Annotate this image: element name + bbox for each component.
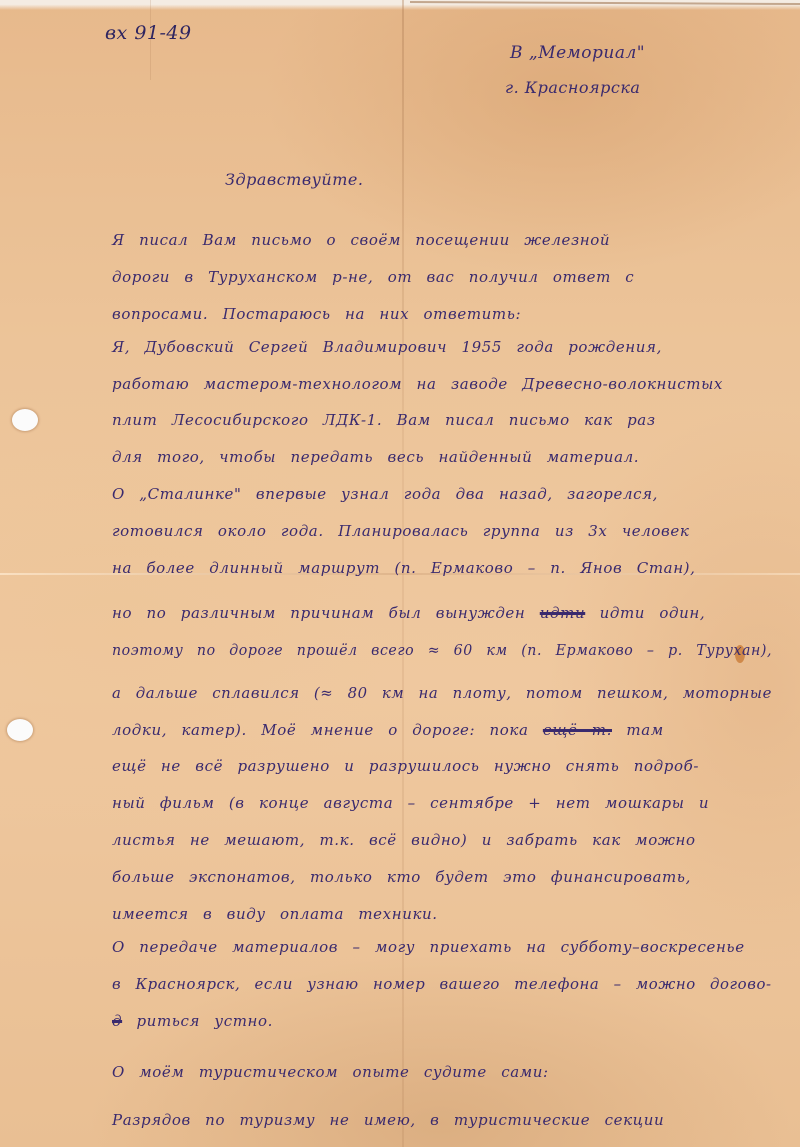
body-line: имеется в виду оплата техники. xyxy=(112,896,772,933)
letter-page: вх 91-49 В „Мемориал" г. Красноярска Здр… xyxy=(0,0,800,1147)
body-line: для того, чтобы передать весь найденный … xyxy=(112,439,772,476)
body-text: но по различным причинам был вынужден xyxy=(112,604,540,622)
punch-hole-bottom xyxy=(7,719,33,741)
body-line: О моём туристическом опыте судите сами: xyxy=(112,1054,772,1091)
body-text: риться устно. xyxy=(122,1012,273,1030)
body-line: но по различным причинам был вынужден ид… xyxy=(112,595,772,632)
body-text: лодки, катер). Моё мнение о дороге: пока xyxy=(112,721,543,739)
body-text: там xyxy=(612,721,664,739)
greeting: Здравствуйте. xyxy=(225,170,363,189)
body-line: плит Лесосибирского ЛДК-1. Вам писал пис… xyxy=(112,402,772,439)
addressee-organization: В „Мемориал" xyxy=(510,43,645,63)
body-text: идти один, xyxy=(585,604,705,622)
struck-through-text: д xyxy=(112,1012,122,1030)
body-line: д риться устно. xyxy=(112,1003,772,1040)
body-line: листья не мешают, т.к. всё видно) и забр… xyxy=(112,822,772,859)
body-line: ный фильм (в конце августа – сентябре + … xyxy=(112,785,772,822)
addressee-city: г. Красноярска xyxy=(505,78,640,97)
body-line: вопросами. Постараюсь на них ответить: xyxy=(112,296,772,333)
struck-through-text: идти xyxy=(540,604,585,622)
body-line: готовился около года. Планировалась груп… xyxy=(112,513,772,550)
struck-through-text: ещё т. xyxy=(543,721,612,739)
body-line: Разрядов по туризму не имею, в туристиче… xyxy=(112,1102,772,1139)
body-line: а дальше сплавился (≈ 80 км на плоту, по… xyxy=(112,675,766,712)
body-line: дороги в Туруханском р-не, от вас получи… xyxy=(112,259,772,296)
body-line: лодки, катер). Моё мнение о дороге: пока… xyxy=(112,712,772,749)
body-line: О передаче материалов – могу приехать на… xyxy=(112,929,772,966)
body-line: больше экспонатов, только кто будет это … xyxy=(112,859,772,896)
body-line: работаю мастером-технологом на заводе Др… xyxy=(112,366,772,403)
body-line: поэтому по дороге прошёл всего ≈ 60 км (… xyxy=(112,632,734,669)
punch-hole-top xyxy=(12,409,38,431)
letter-body: Я писал Вам письмо о своём посещении жел… xyxy=(112,222,772,1139)
body-line: О „Сталинке" впервые узнал года два наза… xyxy=(112,476,772,513)
body-line: на более длинный маршрут (п. Ермаково – … xyxy=(112,550,772,587)
body-line: в Красноярск, если узнаю номер вашего те… xyxy=(112,966,766,1003)
body-line: Я писал Вам письмо о своём посещении жел… xyxy=(112,222,772,259)
reference-number: вх 91-49 xyxy=(105,22,192,44)
body-line: Я, Дубовский Сергей Владимирович 1955 го… xyxy=(112,329,772,366)
body-line: ещё не всё разрушено и разрушилось нужно… xyxy=(112,748,772,785)
